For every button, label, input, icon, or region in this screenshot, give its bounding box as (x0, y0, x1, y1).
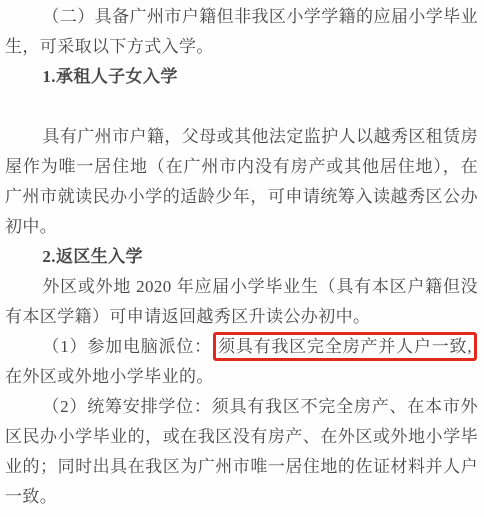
paragraph-tenant-policy: 具有广州市户籍，父母或其他法定监护人以越秀区租赁房屋作为唯一居住地（在广州市内没… (5, 122, 478, 242)
paragraph-overall-arrangement: （2）统筹安排学位：须具有我区不完全房产、在本市外区民办小学毕业的，或在我区没有… (5, 392, 478, 512)
paragraph-return-policy: 外区或外地 2020 年应届小学毕业生（具有本区户籍但没有本区学籍）可申请返回越… (5, 272, 478, 332)
red-highlight-box: 须具有我区完全房产并人户一致, (213, 332, 477, 361)
allocation-suffix-text: 在外区或外地小学毕业的。 (5, 367, 214, 386)
section-heading-tenant-children: 1.承租人子女入学 (5, 62, 478, 92)
section-heading-return-students: 2.返区生入学 (5, 242, 478, 272)
paragraph-computer-allocation: （1）参加电脑派位：须具有我区完全房产并人户一致,在外区或外地小学毕业的。 (5, 332, 478, 392)
document-page: （二）具备广州市户籍但非我区小学学籍的应届小学毕业生，可采取以下方式入学。 1.… (0, 0, 484, 517)
allocation-prefix-text: （1）参加电脑派位： (42, 337, 212, 356)
paragraph-intro: （二）具备广州市户籍但非我区小学学籍的应届小学毕业生，可采取以下方式入学。 (5, 2, 478, 62)
